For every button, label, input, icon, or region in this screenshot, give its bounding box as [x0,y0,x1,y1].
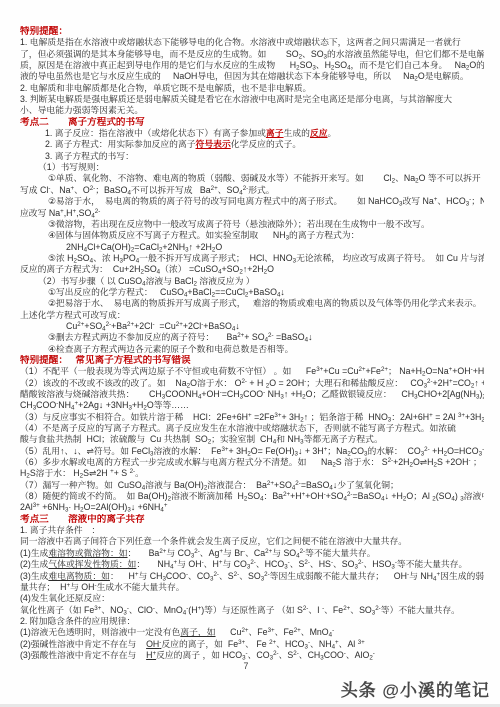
subscript: 2 [80,473,83,480]
text-run: Cu2++SO42-+Ba2++2Cl- =Cu2++2Cl-+BaSO4↓ [66,321,240,331]
doc-line: （2）该改的不改或不该改的改了。如 Na2O溶于水： O2- + H 2O = … [20,378,484,389]
text-run: （1）书写规则： [38,162,104,172]
superscript: + [164,502,168,509]
text-run: （5）乱用↑、↓、⇌符号。如 FeCl3溶液的水解： Fe3++ 3H2O= F… [20,446,484,456]
subscript: 3 [280,394,283,401]
doc-line: (2)生成气体或挥发性物质：如： NH4+与 OH-、H+与 CO32-、HCO… [20,559,484,570]
superscript: + [66,582,70,589]
text-run: ： Ba2+与 CO32-、Ag+与 Br-、Ca2+与 SO42-等不能大量共… [128,548,376,558]
superscript: 2- [243,185,249,192]
superscript: - [95,582,97,589]
text-run: 反应的离子 ，如 HCO3-、CO32-、S2-、CH3COO-、AlO2- [156,650,375,660]
subscript: 2 [264,269,267,276]
subscript: 4 [157,269,160,276]
text-run: (1)溶液无色透明时，则溶液中一定没有色 [20,627,180,637]
text-run: 应改写 Na+,H+,SO42- [20,208,100,218]
doc-line: CH3COO-NH4++2Ag↓ +3NH3+H2O等等…… [20,400,484,411]
subscript: 3 [127,507,130,514]
superscript: 2+ [269,639,276,646]
subscript: 2 [247,450,250,457]
text-run: （8）随便约简或不约简。 如 Ba(OH)2溶液不断滴加稀 H2SO4：Ba2+… [20,491,484,501]
superscript: - [322,605,324,612]
subscript: 4 [218,269,221,276]
text-run: 反应的离子方程式为： Cu+2H2SO4（浓） =CuSO4+SO2↑+2H2O [20,264,274,274]
text-run: 考点二 离子方程式的书写 [20,117,145,128]
doc-line: 同一溶液中若离子间符合下列任意一个条件就会发生离子反应，它们之间便不能在溶液中大… [20,536,484,547]
doc-line: （7）漏写一种产物。如 CuSO4溶液与 Ba(OH)2溶液混合： Ba2++S… [20,480,484,491]
subscript: 3 [388,416,391,423]
doc-line: （1）书写规则： [20,162,484,173]
doc-line: 2. 离子方程式：用实际参加反应的离子符号表示化学反应的式子。 [20,139,484,150]
superscript: - [344,650,346,657]
subscript: 2 [409,462,412,469]
subscript: 4 [136,257,139,264]
doc-line: (3)强酸性溶液中肯定不存在与 H+反应的离子 ，如 HCO3-、CO32-、S… [20,650,484,661]
superscript: - [482,446,484,453]
text-run: 液的导电虽然也是它与水反应生成的 NaOH导电，但因为其在熔融状态下本身能够导电… [20,71,469,81]
text-run: Cu2+、Fe3+、Fe2+、MnO4- [216,627,335,637]
superscript: 2- [300,548,306,555]
text-run: ： NH4+与 OH-、H+与 CO32-、HCO3-、S2-、HS-、SO32… [136,559,467,569]
doc-line: 2Al3+ +6NH3· H2O=2Al(OH)3↓ +6NH4+ [20,502,484,513]
doc-line: 3. 离子方程式的书写： [20,151,484,162]
subscript: 3 [120,257,123,264]
text-run: 1. 离子反应：指在溶液中（或熔化状态下）有离子参加或 [45,128,266,138]
superscript: 2- [234,571,240,578]
superscript: - [56,400,58,407]
subscript: 4 [232,325,235,332]
subscript: 4 [184,291,187,298]
superscript: + [324,446,328,453]
doc-line: （5）乱用↑、↓、⇌符号。如 FeCl3溶液的水解： Fe3++ 3H2O= F… [20,446,484,457]
text-run: 特别提醒： [20,26,68,37]
subscript: 3 [185,246,188,253]
text-run: (4)发生氧化还原反应： [20,593,110,603]
emphasis-run: 符号表示 [196,139,231,149]
subscript: 3 [33,405,36,412]
superscript: 2+ [176,321,183,328]
text-run: 小、导电能力强弱等因素无关。 [20,105,143,115]
emphasis-run: H+ [146,650,156,660]
doc-line: 上述化学方程式可改写成： [20,310,484,321]
text-run: ①写出反应的化学方程式： CuSO4+BaCl2==CuCl2+BaSO4↓ [48,287,285,297]
subscript: 2 [481,416,484,423]
text-run: (1)生成 [20,548,48,558]
doc-line: (3)生成难电离物质：如： H+与 CH3COO-、CO32-、S2-、SO32… [20,571,484,582]
text-run: ④检查离子方程式两边各元素的原子个数和电荷总数是否相等。 [48,344,293,354]
superscript: 3+ [316,366,323,373]
doc-line: 2. 电解质和非电解质都是化合物，单质它既不是电解质，也不是非电解质。 [20,83,484,94]
subscript: 2 [434,462,437,469]
text-run: 上述化学方程式可改写成： [20,310,126,320]
superscript: 2- [347,491,353,498]
doc-line: （1）不配平（一般表现为等式两边原子不守恒或电荷数不守恒） 。如 Fe3++Cu… [20,366,484,377]
doc-line: ②易溶于水， 易电离的物质的离子符号的改写同电离方程式中的离子形式。 如 NaH… [20,196,484,207]
superscript: - [152,321,154,328]
superscript: - [471,366,473,373]
subscript: 3 [399,201,402,208]
subscript: 2 [414,76,417,83]
text-run: ③微溶物，若出现在反应物中一般改写成离子符号（悬浊液除外）；若出现在生成物中一般… [48,219,430,229]
superscript: - [186,571,188,578]
text-run: （1）不配平（一般表现为等式两边原子不守恒或电荷数不守恒） 。如 Fe3++Cu… [20,366,484,376]
subscript: 2 [482,394,484,401]
subscript: 2 [332,462,335,469]
subscript: 2 [422,371,425,378]
subscript: 2 [266,382,269,389]
subscript: 2 [239,269,242,276]
superscript: 2- [213,571,219,578]
subscript: 4 [451,496,454,503]
superscript: + [302,491,306,498]
subscript: 4 [198,394,201,401]
section-heading: 特别提醒： [20,26,484,37]
document-page: 特别提醒：1. 电解质是指在水溶液中或熔融状态下能够导电的化合物。水溶液中或熔融… [0,0,500,707]
subscript: 4 [347,65,350,72]
subscript: 2 [131,246,134,253]
subscript: 2 [244,496,247,503]
superscript: 2- [95,208,101,215]
superscript: 2- [358,559,364,566]
watermark: 头条 @小溪的笔记 [341,676,490,701]
superscript: + [60,208,64,215]
text-run: （4）不是离子反应的写离子方程式。离子反应发生在水溶液中或熔融状态下，否则就不能… [20,423,456,433]
subscript: 2 [80,507,83,514]
subscript: 2 [331,65,334,72]
superscript: 2- [388,457,394,464]
subscript: 4 [142,280,145,287]
subscript: 3 [460,496,463,503]
superscript: 2+ [381,366,388,373]
superscript: 2+ [358,366,365,373]
doc-line: ⑤浓 H2SO4、浓 H3PO4一般不拆开写成离子形式； HCl、HNO3无论浓… [20,253,484,264]
document-body: 特别提醒：1. 电解质是指在水溶液中或熔融状态下能够导电的化合物。水溶液中或熔融… [20,26,484,673]
superscript: + [73,208,77,215]
doc-line: 2. 附加隐含条件的应用规律： [20,616,484,627]
doc-line: 小、导电能力强弱等因素无关。 [20,105,484,116]
subscript: 2 [415,178,418,185]
subscript: 2 [159,246,162,253]
text-run: 生成的 [284,128,310,138]
text-run: （7）漏写一种产物。如 CuSO4溶液与 Ba(OH)2溶液混合： Ba2++S… [20,480,399,490]
superscript: + [198,605,202,612]
doc-line: 1. 电解质是指在水溶液中或熔融状态下能够导电的化合物。水溶液中或熔融状态下，这… [20,37,484,48]
superscript: 3+ [358,639,365,646]
superscript: - [48,185,50,192]
subscript: 2 [296,65,299,72]
subscript: 2 [168,496,171,503]
doc-line: （2）书写步骤（ 以 CuSO4溶液与 BaCl2 溶液反应为 ） [20,276,484,287]
superscript: + [219,559,223,566]
text-run: （2）书写步骤（ 以 CuSO4溶液与 BaCl2 溶液反应为 ） [38,276,255,286]
section-heading: 考点三 溶液中的离子共存 [20,514,484,525]
text-run: ④固体与固体物质反应不写离子方程式。如实验室制取 NH3的离子方程式为： [48,230,359,240]
subscript: 4 [381,496,384,503]
text-run: ②把易溶于水、 易电离的物质拆开写成离子形式， 难溶的物质或难电离的物质以及气体… [48,298,482,308]
superscript: + [429,412,433,419]
doc-line: ①写出反应的化学方程式： CuSO4+BaCl2==CuCl2+BaSO4↓ [20,287,484,298]
text-run: (2)强碱性溶液中肯定不存在与 [20,639,146,649]
superscript: 2- [303,605,309,612]
subscript: 2 [212,246,215,253]
text-run: 量共存； H+与 OH-生成水不能大量共存。 [20,582,185,592]
subscript: 2 [26,473,29,480]
doc-line: H2S溶于水： H2S⇌2H ++ S 2-。 [20,468,484,479]
superscript: + [436,571,440,578]
text-run: (3)强酸性溶液中肯定不存在与 [20,650,146,660]
subscript: 3 [476,394,479,401]
superscript: - [304,378,306,385]
subscript: 3 [364,450,367,457]
doc-line: （3）与反应事实不相符合。如铁片溶于稀 HCl：2Fe+6H+ =2Fe3++ … [20,412,484,423]
superscript: + [174,559,178,566]
superscript: 2+ [241,627,248,634]
doc-line: 反应的离子方程式为： Cu+2H2SO4（浓） =CuSO4+SO2↑+2H2O [20,264,484,275]
text-run: 2Al3+ +6NH3· H2O=2Al(OH)3↓ +6NH4+ [20,502,167,512]
subscript: 2 [245,291,248,298]
text-run: 考点三 溶液中的离子共存 [20,514,145,525]
subscript: 2 [193,280,196,287]
subscript: 3 [300,439,303,446]
superscript: - [308,639,310,646]
subscript: 2 [141,269,144,276]
superscript: - [186,605,188,612]
text-run: ①单质、氧化物、不溶物、难电离的物质（弱酸、弱碱及水等）不能拆开来写。如 Cl2… [48,173,481,183]
superscript: 2- [106,321,112,328]
emphasis-run: 反应 [310,128,328,138]
superscript: 2- [273,650,279,657]
superscript: 2+ [77,321,84,328]
subscript: 2 [392,178,395,185]
superscript: + [110,468,114,475]
subscript: 4 [128,189,131,196]
superscript: 2+ [294,627,301,634]
subscript: 4 [260,496,263,503]
emphasis-run: 难溶物或微溶物：如 [48,548,127,558]
text-run: 氧化性离子（如 Fe3+、NO3-、ClO-、MnO4-(H+)等）与还原性离子… [20,605,460,615]
text-run: 2NH4Cl+Ca(OH)2=CaCl2+2NH3↑ +2H2O [66,242,222,252]
text-run: 。 [328,128,337,138]
page-number: 7 [20,661,484,672]
subscript: 3 [150,450,153,457]
text-run: 1. 电解质是指在水溶液中或熔融状态下能够导电的化合物。水溶液中或熔融状态下，这… [20,37,461,47]
text-run: (2)生成 [20,559,48,569]
superscript: - [243,548,245,555]
superscript: 2- [304,559,310,566]
doc-line: 1. 离子反应：指在溶液中（或熔化状态下）有离子参加或离子生成的反应。 [20,128,484,139]
emphasis-run: 气体或挥发性物质：如 [48,559,136,569]
subscript: 2 [302,394,305,401]
doc-line: Cu2++SO42-+Ba2++2Cl- =Cu2++2Cl-+BaSO4↓ [20,321,484,332]
subscript: 2 [471,382,474,389]
text-run: 酸与食盐共热制 HCl；浓硫酸与 Cu 共热制 SO2；实验室制 CH4和 NH… [20,434,383,444]
superscript: + [449,378,453,385]
superscript: - [469,196,471,203]
emphasis-run: 难电离物质：如 [48,571,110,581]
superscript: - [263,389,265,396]
superscript: 2- [375,605,381,612]
superscript: + [219,548,223,555]
doc-line: 酸与食盐共热制 HCl；浓硫酸与 Cu 共热制 SO2；实验室制 CH4和 NH… [20,434,484,445]
doc-line: ②把易溶于水、 易电离的物质拆开写成离子形式， 难溶的物质或难电离的物质以及气体… [20,298,484,309]
superscript: - [407,571,409,578]
doc-line: (1)溶液无色透明时，则溶液中一定没有色离子，如 Cu2+、Fe3+、Fe2+、… [20,627,484,638]
superscript: 2- [424,446,430,453]
subscript: 4 [84,246,87,253]
subscript: 4 [90,257,93,264]
text-run: 2. 离子方程式：用实际参加反应的离子 [45,139,196,149]
doc-line: ③删去方程式两边不参加反应的离子符号： Ba2++ SO42- =BaSO4↓ [20,332,484,343]
superscript: + [335,639,339,646]
subscript: 3 [293,257,296,264]
subscript: 2 [432,496,435,503]
superscript: + [70,185,74,192]
text-run: ⑤浓 H2SO4、浓 H3PO4一般不拆开写成离子形式； HCl、HNO3无论浓… [48,253,484,263]
superscript: + [248,412,252,419]
superscript: 3+ [94,605,101,612]
subscript: 2 [403,496,406,503]
superscript: - [246,650,248,657]
doc-line: 应改写 Na+,H+,SO42- [20,208,484,219]
subscript: 2 [444,450,447,457]
text-run: ②易溶于水， 易电离的物质的离子符号的改写同电离方程式中的离子形式。 如 NaH… [48,196,484,206]
doc-line: 醋酸铵溶液与烧碱溶液共热： CH3COONH4+OH-=CH3COO- NH3↑… [20,389,484,400]
doc-line: 2NH4Cl+Ca(OH)2=CaCl2+2NH3↑ +2H2O [20,242,484,253]
text-run: 2. 附加隐含条件的应用规律： [20,616,135,626]
superscript: - [201,321,203,328]
doc-line: 3. 判断某电解质是强电解质还是弱电解质关键是看它在水溶液中电离时是完全电离还是… [20,94,484,105]
subscript: 2 [347,450,350,457]
text-run: 反应的离子，如 Fe3+、 Fe 2+、HCO3-、NH4+、Al 3+ [161,639,364,649]
superscript: 3+ [238,639,245,646]
subscript: 2 [208,439,211,446]
subscript: 2 [143,405,146,412]
subscript: 2 [204,484,207,491]
text-run: ： H+与 CH3COO-、CO32-、S2-、SO32-等因生成弱酸不能大量共… [110,571,484,581]
text-run: 3. 判断某电解质是强电解质还是弱电解质关键是看它在水溶液中电离时是完全电离还是… [20,94,452,104]
subscript: 3 [414,394,417,401]
doc-line: (1)生成难溶物或微溶物：如： Ba2+与 CO32-、Ag+与 Br-、Ca2… [20,548,484,559]
subscript: 2 [73,257,76,264]
text-run: （2）该改的不改或不该改的改了。如 Na2O溶于水： O2- + H 2O = … [20,378,484,388]
superscript: 2+ [265,548,272,555]
text-run: 写成 Cl-、Na+、O2-；BaSO4不可以拆开写成 Ba2+、SO42-形式… [20,185,275,195]
superscript: 3+ [458,412,465,419]
superscript: 2+ [127,321,134,328]
superscript: 2- [427,378,433,385]
superscript: 3+ [268,627,275,634]
text-run: 2. 电解质和非电解质都是化合物，单质它既不是电解质，也不是非电解质。 [20,83,311,93]
text-run: CH3COO-NH4++2Ag↓ +3NH3+H2O等等…… [20,400,189,410]
superscript: 2- [264,571,270,578]
superscript: + [434,196,438,203]
text-run: （6）多步水解或电离的方程式一步完成或水解与电离方程式分不清楚。如 Na2S 溶… [20,457,482,467]
doc-line: （4）不是离子反应的写离子方程式。离子反应发生在水溶液中或熔融状态下，否则就不能… [20,423,484,434]
superscript: 2- [295,480,301,487]
superscript: - [288,559,290,566]
superscript: - [332,627,334,634]
superscript: 2- [241,378,247,385]
superscript: 2- [90,185,96,192]
superscript: + [74,400,78,407]
emphasis-run: 离子，如 [180,627,215,637]
subscript: 2 [299,53,302,60]
subscript: 2 [187,382,190,389]
subscript: 3 [240,394,243,401]
superscript: 3+ [33,502,40,509]
superscript: 2- [293,650,299,657]
text-run: H2S溶于水： H2S⇌2H ++ S 2-。 [20,468,144,478]
subscript: 3 [128,405,131,412]
subscript: 4 [329,484,332,491]
text-run: 同一溶液中若离子间符合下列任意一个条件就会发生离子反应，它们之间便不能在溶液中大… [20,536,407,546]
text-run: 特别提醒： 常见离子方程式的书写错误 [20,355,191,366]
section-heading: 考点二 离子方程式的书写 [20,117,484,128]
section-heading: 特别提醒： 常见离子方程式的书写错误 [20,355,484,366]
superscript: 2+ [237,332,244,339]
doc-line: (4)发生氧化还原反应： [20,593,484,604]
subscript: 3 [65,507,68,514]
subscript: 3 [324,53,327,60]
superscript: - [220,389,222,396]
subscript: 3 [312,65,315,72]
doc-line: ①单质、氧化物、不溶物、难电离的物质（弱酸、弱碱及水等）不能拆开来写。如 Cl2… [20,173,484,184]
subscript: 2 [300,416,303,423]
text-run: （3）与反应事实不相符合。如铁片溶于稀 HCl：2Fe+6H+ =2Fe3++ … [20,412,484,422]
subscript: 2 [466,65,469,72]
text-run: 醋酸铵溶液与烧碱溶液共热： CH3COONH4+OH-=CH3COO- NH3↑… [20,389,484,399]
superscript: 2- [250,559,256,566]
superscript: 2+ [211,185,218,192]
text-run: (3)生成 [20,571,48,581]
subscript: 4 [277,291,280,298]
superscript: 3+ [274,412,281,419]
superscript: - [202,559,204,566]
doc-line: 氧化性离子（如 Fe3+、NO3-、ClO-、MnO4-(H+)等）与还原性离子… [20,605,484,616]
subscript: 4 [305,337,308,344]
emphasis-run: OH- [146,639,161,649]
subscript: 4 [273,439,276,446]
superscript: - [127,605,129,612]
text-run: 化学反应的式子。 [231,139,301,149]
doc-line: （8）随便约简或不约简。 如 Ba(OH)2溶液不断滴加稀 H2SO4：Ba2+… [20,491,484,502]
superscript: + [135,571,139,578]
text-run: 1. 离子共存条件 ： [20,525,100,535]
superscript: + [449,366,453,373]
superscript: - [153,605,155,612]
doc-line: 写成 Cl-、Na+、O2-；BaSO4不可以拆开写成 Ba2+、SO42-形式… [20,185,484,196]
doc-line: ④检查离子方程式两边各元素的原子个数和电荷总数是否相等。 [20,344,484,355]
doc-line: 液的导电虽然也是它与水反应生成的 NaOH导电，但因为其在熔融状态下本身能够导电… [20,71,484,82]
subscript: 3 [286,235,289,242]
superscript: - [324,491,326,498]
doc-line: ③微溶物，若出现在反应物中一般改写成离子符号（悬浊液除外）；若出现在生成物中一般… [20,219,484,230]
doc-line: 质，原因是在溶液中真正起到导电作用的是它们与水反应的生成物 H2SO3、H2SO… [20,60,484,71]
subscript: 3 [162,575,165,582]
superscript: 2+ [267,480,274,487]
text-run: 3. 离子方程式的书写： [45,151,134,161]
superscript: - [395,559,397,566]
superscript: 2- [268,332,274,339]
text-run: 7 [244,661,249,671]
superscript: 2- [194,548,200,555]
superscript: - [469,457,471,464]
doc-line: （6）多步水解或电离的方程式一步完成或水解与电离方程式分不清楚。如 Na2S 溶… [20,457,484,468]
subscript: 2 [212,291,215,298]
doc-line: 量共存； H+与 OH-生成水不能大量共存。 [20,582,484,593]
superscript: 2+ [343,605,350,612]
text-run: 了，但必须强调的是其本身能够导电，而不是反应的生成物。如 SO2、SO3的水溶液… [20,49,484,59]
